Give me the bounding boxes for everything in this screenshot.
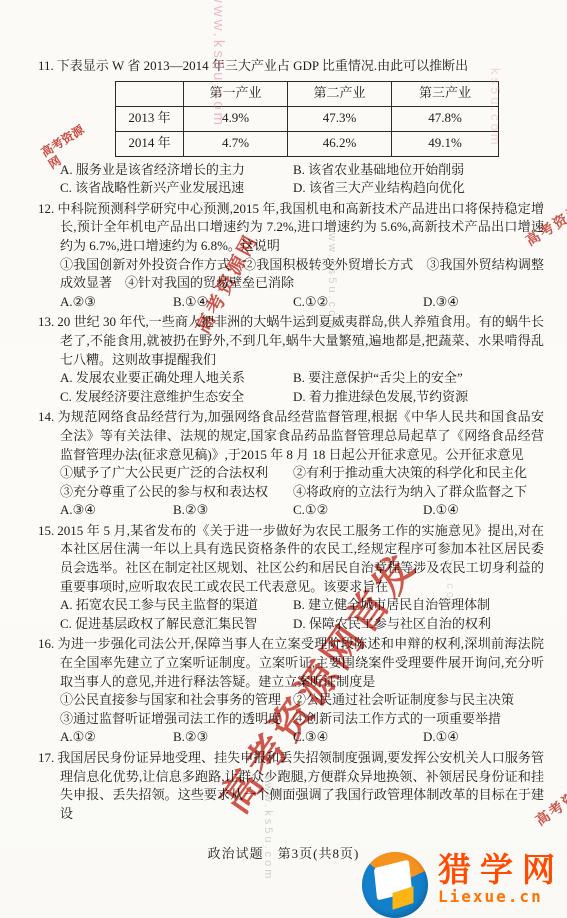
table-corner-cell xyxy=(116,81,184,106)
question-12-options: A.②③ B.①④ C.①② D.③④ xyxy=(38,293,544,312)
question-13-stem: 13.20 世纪 30 年代,一些商人把非洲的大蜗牛运到夏威夷群岛,供人养殖食用… xyxy=(38,313,544,369)
subitem-4: ④将政府的立法行为纳入了群众监督之下 xyxy=(293,483,527,502)
subitem-1: ①赋予了广大公民更广泛的合法权利 xyxy=(60,464,293,483)
question-15: 15.2015 年 5 月,某省发布的《关于进一步做好为农民工服务工作的实施意见… xyxy=(38,522,544,634)
option-d: D. 保障农民工参与社区自治的权利 xyxy=(293,615,491,634)
option-b: B. 该省农业基础地位开始削弱 xyxy=(293,161,464,180)
question-15-stem-text: 2015 年 5 月,某省发布的《关于进一步做好为农民工服务工作的实施意见》提出… xyxy=(57,523,544,594)
question-14: 14.为规范网络食品经营行为,加强网络食品经营监督管理,根据《中华人民共和国食品… xyxy=(38,408,544,520)
value-cell: 47.8% xyxy=(392,106,499,131)
question-12-subitems: ①我国创新对外投资合作方式 ②我国积极转变外贸增长方式 ③我国外贸结构调整成效显… xyxy=(38,256,544,293)
table-header-tertiary-industry: 第三产业 xyxy=(392,81,499,106)
option-a: A.①② xyxy=(60,728,173,747)
question-14-number: 14. xyxy=(38,409,54,424)
question-15-number: 15. xyxy=(38,523,54,538)
subitem-1: ①公民直接参与国家和社会事务的管理 xyxy=(60,691,293,710)
question-12-stem-text: 中科院预测科学研究中心预测,2015 年,我国机电和高新技术产品进出口将保持稳定… xyxy=(57,201,544,253)
question-14-subitems-12: ①赋予了广大公民更广泛的合法权利 ②有利于推动重大决策的科学化和民主化 xyxy=(38,464,544,483)
question-11-options-cd: C. 该省战略性新兴产业发展迅速 D. 该省三大产业结构趋向优化 xyxy=(38,179,544,198)
question-17: 17.我国居民身份证异地受理、挂失申报和丢失招领制度强调,要发挥公安机关人口服务… xyxy=(38,749,544,823)
option-b: B.②③ xyxy=(173,501,293,520)
subitem-2: ②公民通过社会听证制度参与民主决策 xyxy=(293,691,514,710)
question-15-options-ab: A. 拓宽农民工参与民主监督的渠道 B. 建立健全城市居民自治管理体制 xyxy=(38,596,544,615)
question-14-stem: 14.为规范网络食品经营行为,加强网络食品经营监督管理,根据《中华人民共和国食品… xyxy=(38,408,544,464)
question-13-stem-text: 20 世纪 30 年代,一些商人把非洲的大蜗牛运到夏威夷群岛,供人养殖食用。有的… xyxy=(57,314,544,366)
question-15-stem: 15.2015 年 5 月,某省发布的《关于进一步做好为农民工服务工作的实施意见… xyxy=(38,522,544,596)
value-cell: 4.7% xyxy=(184,131,288,156)
question-17-stem-text: 我国居民身份证异地受理、挂失申报和丢失招领制度强调,要发挥公安机关人口服务管理信… xyxy=(57,750,544,821)
option-d: D. 着力推进绿色发展,节约资源 xyxy=(293,388,468,407)
table-header-primary-industry: 第一产业 xyxy=(184,81,288,106)
option-d: D.③④ xyxy=(423,293,459,312)
value-cell: 4.9% xyxy=(184,106,288,131)
value-cell: 46.2% xyxy=(288,131,392,156)
question-11-number: 11. xyxy=(38,58,54,73)
table-header-row: 第一产业 第二产业 第三产业 xyxy=(116,81,499,106)
subitem-3: ③通过监督听证增强司法工作的透明度 xyxy=(60,710,293,729)
table-row-2013: 2013 年 4.9% 47.3% 47.8% xyxy=(116,106,499,131)
question-16-number: 16. xyxy=(38,636,54,651)
table-header-secondary-industry: 第二产业 xyxy=(288,81,392,106)
option-b: B.②③ xyxy=(173,728,293,747)
question-16-stem: 16.为进一步强化司法公开,保障当事人在立案受理阶段陈述和申辩的权利,深圳前海法… xyxy=(38,635,544,691)
year-cell: 2013 年 xyxy=(116,106,184,131)
liexue-logo: 猎学网 Liexue.cn xyxy=(362,852,564,918)
option-c: C. 发展经济要注意维护生态安全 xyxy=(60,388,293,407)
option-d: D.①④ xyxy=(423,728,459,747)
liexue-logo-text: 猎学网 Liexue.cn xyxy=(438,852,564,906)
option-d: D.①④ xyxy=(423,501,459,520)
question-12: 12.中科院预测科学研究中心预测,2015 年,我国机电和高新技术产品进出口将保… xyxy=(38,200,544,312)
question-17-stem: 17.我国居民身份证异地受理、挂失申报和丢失招领制度强调,要发挥公安机关人口服务… xyxy=(38,749,544,823)
question-14-options: A.③④ B.②③ C.①② D.①④ xyxy=(38,501,544,520)
question-15-options-cd: C. 促进基层政权了解民意汇集民智 D. 保障农民工参与社区自治的权利 xyxy=(38,615,544,634)
exam-paper-page: 11.下表显示 W 省 2013—2014 年三大产业占 GDP 比重情况.由此… xyxy=(0,0,567,918)
option-c: C.①② xyxy=(293,293,423,312)
option-b: B. 要注意保护“舌尖上的安全” xyxy=(293,369,463,388)
option-a: A.②③ xyxy=(60,293,173,312)
question-16-subitems-12: ①公民直接参与国家和社会事务的管理 ②公民通过社会听证制度参与民主决策 xyxy=(38,691,544,710)
subitem-3: ③充分尊重了公民的参与权和表达权 xyxy=(60,483,293,502)
option-c: C. 该省战略性新兴产业发展迅速 xyxy=(60,179,293,198)
question-12-stem: 12.中科院预测科学研究中心预测,2015 年,我国机电和高新技术产品进出口将保… xyxy=(38,200,544,256)
year-cell: 2014 年 xyxy=(116,131,184,156)
option-c: C.①② xyxy=(293,501,423,520)
option-c: C.③④ xyxy=(293,728,423,747)
question-11-options-ab: A. 服务业是该省经济增长的主力 B. 该省农业基础地位开始削弱 xyxy=(38,161,544,180)
liexue-logo-name: 猎学网 xyxy=(438,852,564,888)
question-13-options-ab: A. 发展农业要正确处理人地关系 B. 要注意保护“舌尖上的安全” xyxy=(38,369,544,388)
subitem-2: ②有利于推动重大决策的科学化和民主化 xyxy=(293,464,527,483)
question-14-stem-text: 为规范网络食品经营行为,加强网络食品经营监督管理,根据《中华人民共和国食品安全法… xyxy=(57,409,544,461)
question-16-options: A.①② B.②③ C.③④ D.①④ xyxy=(38,728,544,747)
option-a: A. 拓宽农民工参与民主监督的渠道 xyxy=(60,596,293,615)
value-cell: 49.1% xyxy=(392,131,499,156)
question-11-stem-text: 下表显示 W 省 2013—2014 年三大产业占 GDP 比重情况.由此可以推… xyxy=(57,58,468,73)
option-a: A. 发展农业要正确处理人地关系 xyxy=(60,369,293,388)
value-cell: 47.3% xyxy=(288,106,392,131)
question-13-number: 13. xyxy=(38,314,54,329)
question-11: 11.下表显示 W 省 2013—2014 年三大产业占 GDP 比重情况.由此… xyxy=(38,57,544,198)
option-c: C. 促进基层政权了解民意汇集民智 xyxy=(60,615,293,634)
gdp-share-table: 第一产业 第二产业 第三产业 2013 年 4.9% 47.3% 47.8% 2… xyxy=(115,81,499,157)
liexue-logo-domain: Liexue.cn xyxy=(438,888,564,906)
question-16-subitems-34: ③通过监督听证增强司法工作的透明度 ④创新司法工作方式的一项重要举措 xyxy=(38,710,544,729)
question-17-number: 17. xyxy=(38,750,54,765)
table-row-2014: 2014 年 4.7% 46.2% 49.1% xyxy=(116,131,499,156)
question-11-stem: 11.下表显示 W 省 2013—2014 年三大产业占 GDP 比重情况.由此… xyxy=(38,57,544,76)
option-a: A.③④ xyxy=(60,501,173,520)
option-b: B.①④ xyxy=(173,293,293,312)
option-a: A. 服务业是该省经济增长的主力 xyxy=(60,161,293,180)
question-16-stem-text: 为进一步强化司法公开,保障当事人在立案受理阶段陈述和申辩的权利,深圳前海法院在全… xyxy=(57,636,544,688)
liexue-logo-icon xyxy=(362,852,428,918)
questions-area: 11.下表显示 W 省 2013—2014 年三大产业占 GDP 比重情况.由此… xyxy=(38,57,544,825)
option-b: B. 建立健全城市居民自治管理体制 xyxy=(293,596,490,615)
question-13: 13.20 世纪 30 年代,一些商人把非洲的大蜗牛运到夏威夷群岛,供人养殖食用… xyxy=(38,313,544,406)
question-13-options-cd: C. 发展经济要注意维护生态安全 D. 着力推进绿色发展,节约资源 xyxy=(38,388,544,407)
question-14-subitems-34: ③充分尊重了公民的参与权和表达权 ④将政府的立法行为纳入了群众监督之下 xyxy=(38,483,544,502)
question-12-number: 12. xyxy=(38,201,54,216)
option-d: D. 该省三大产业结构趋向优化 xyxy=(293,179,465,198)
subitem-4: ④创新司法工作方式的一项重要举措 xyxy=(293,710,501,729)
question-16: 16.为进一步强化司法公开,保障当事人在立案受理阶段陈述和申辩的权利,深圳前海法… xyxy=(38,635,544,747)
